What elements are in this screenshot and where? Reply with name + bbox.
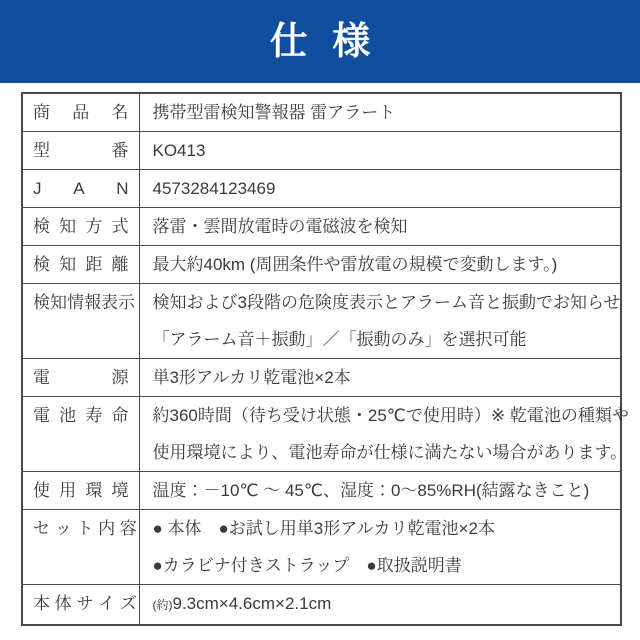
- row-value: 約360時間（待ち受け状態・25℃で使用時）※ 乾電池の種類や使用環境により、電…: [139, 397, 621, 472]
- approx-prefix: (約): [153, 598, 173, 612]
- value-line: 「アラーム音＋振動」／「振動のみ」を選択可能: [153, 321, 615, 358]
- row-label: 検知情報表示: [22, 284, 139, 359]
- row-value: 携帯型雷検知警報器 雷アラート: [139, 93, 621, 132]
- table-row: 電 池 寿 命 約360時間（待ち受け状態・25℃で使用時）※ 乾電池の種類や使…: [22, 397, 621, 472]
- table-row: 使 用 環 境 温度：－10℃ ～ 45℃、湿度：0～85%RH(結露なきこと): [22, 472, 621, 510]
- table-row: 検 知 距 離 最大約40km (周囲条件や雷放電の規模で変動します。): [22, 246, 621, 284]
- spec-table: 商 品 名 携帯型雷検知警報器 雷アラート 型 番 KO413 J A N 45…: [21, 92, 622, 626]
- row-value: (約)9.3cm×4.6cm×2.1cm: [139, 585, 621, 626]
- value-line: 落雷・雲間放電時の電磁波を検知: [153, 208, 615, 245]
- value-line: ● 本体 ●お試し用単3形アルカリ乾電池×2本: [153, 510, 615, 547]
- spec-table-body: 商 品 名 携帯型雷検知警報器 雷アラート 型 番 KO413 J A N 45…: [22, 93, 621, 625]
- value-line: 単3形アルカリ乾電池×2本: [153, 359, 615, 396]
- table-row: 型 番 KO413: [22, 132, 621, 170]
- table-row: 商 品 名 携帯型雷検知警報器 雷アラート: [22, 93, 621, 132]
- row-value: KO413: [139, 132, 621, 170]
- table-row: セ ッ ト 内 容 ● 本体 ●お試し用単3形アルカリ乾電池×2本●カラビナ付き…: [22, 510, 621, 585]
- page-title: 仕 様: [263, 23, 378, 61]
- value-line: 検知および3段階の危険度表示とアラーム音と振動でお知らせ: [153, 284, 615, 321]
- row-value: 検知および3段階の危険度表示とアラーム音と振動でお知らせ「アラーム音＋振動」／「…: [139, 284, 621, 359]
- value-line: 使用環境により、電池寿命が仕様に満たない場合があります。: [153, 434, 615, 471]
- value-line: ●カラビナ付きストラップ ●取扱説明書: [153, 547, 615, 584]
- row-label: J A N: [22, 170, 139, 208]
- row-label: 本 体 サ イ ズ: [22, 585, 139, 626]
- row-value: 4573284123469: [139, 170, 621, 208]
- row-label: 電 池 寿 命: [22, 397, 139, 472]
- table-row: 検知情報表示 検知および3段階の危険度表示とアラーム音と振動でお知らせ「アラーム…: [22, 284, 621, 359]
- row-value: ● 本体 ●お試し用単3形アルカリ乾電池×2本●カラビナ付きストラップ ●取扱説…: [139, 510, 621, 585]
- title-banner: 仕 様: [0, 0, 640, 83]
- row-value: 落雷・雲間放電時の電磁波を検知: [139, 208, 621, 246]
- table-row: 本 体 サ イ ズ (約)9.3cm×4.6cm×2.1cm: [22, 585, 621, 626]
- table-row: J A N 4573284123469: [22, 170, 621, 208]
- table-row: 電 源 単3形アルカリ乾電池×2本: [22, 359, 621, 397]
- value-line: KO413: [153, 132, 615, 169]
- value-line: 4573284123469: [153, 170, 615, 207]
- row-label: 商 品 名: [22, 93, 139, 132]
- row-label: 検 知 距 離: [22, 246, 139, 284]
- row-label: 型 番: [22, 132, 139, 170]
- spec-sheet: 仕 様 商 品 名 携帯型雷検知警報器 雷アラート 型 番 KO413 J A …: [0, 0, 640, 626]
- table-row: 検 知 方 式 落雷・雲間放電時の電磁波を検知: [22, 208, 621, 246]
- row-label: 検 知 方 式: [22, 208, 139, 246]
- row-label: セ ッ ト 内 容: [22, 510, 139, 585]
- row-label: 電 源: [22, 359, 139, 397]
- value-line: 約360時間（待ち受け状態・25℃で使用時）※ 乾電池の種類や: [153, 397, 615, 434]
- row-value: 最大約40km (周囲条件や雷放電の規模で変動します。): [139, 246, 621, 284]
- row-value: 温度：－10℃ ～ 45℃、湿度：0～85%RH(結露なきこと): [139, 472, 621, 510]
- value-line: 温度：－10℃ ～ 45℃、湿度：0～85%RH(結露なきこと): [153, 472, 615, 509]
- value-line: 最大約40km (周囲条件や雷放電の規模で変動します。): [153, 246, 615, 283]
- row-label: 使 用 環 境: [22, 472, 139, 510]
- value-line: 携帯型雷検知警報器 雷アラート: [153, 94, 615, 131]
- row-value: 単3形アルカリ乾電池×2本: [139, 359, 621, 397]
- value-line: (約)9.3cm×4.6cm×2.1cm: [153, 585, 615, 624]
